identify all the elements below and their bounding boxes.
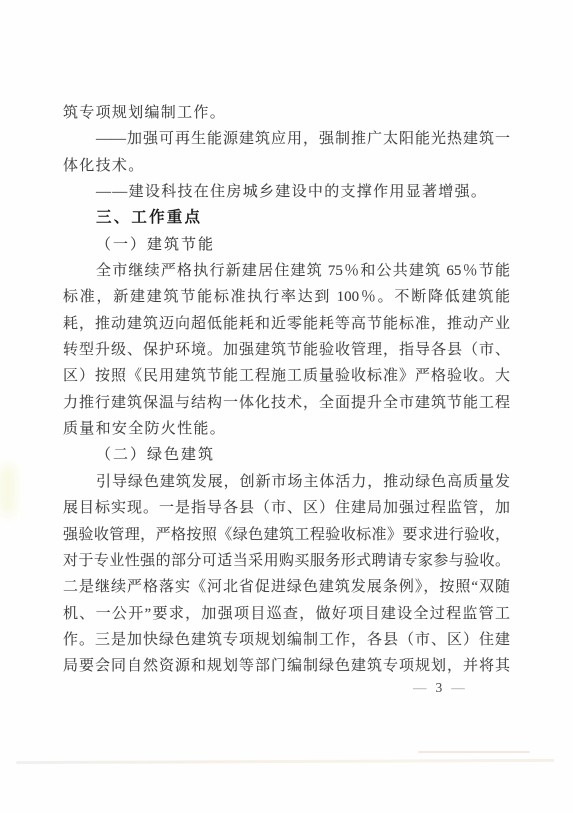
scanned-document-page: 筑专项规划编制工作。——加强可再生能源建筑应用，强制推广太阳能光热建筑一体化技术… (0, 0, 573, 813)
text-line: 局要会同自然资源和规划等部门编制绿色建筑专项规划，并将其 (63, 653, 510, 679)
text-line: 质量和安全防火性能。 (63, 416, 510, 442)
text-line: 二是继续严格落实《河北省促进绿色建筑发展条例》，按照“双随 (63, 574, 510, 600)
text-line: ——建设科技在住房城乡建设中的支撑作用显著增强。 (63, 179, 510, 205)
text-line: （一）建筑节能 (63, 232, 510, 258)
text-line: 标准，新建建筑节能标准执行率达到 100％。不断降低建筑能 (63, 284, 510, 310)
text-line: 区）按照《民用建筑节能工程施工质量验收标准》严格验收。大 (63, 363, 510, 389)
page-number-dash: — (413, 680, 427, 695)
text-line: 体化技术。 (63, 153, 510, 179)
page-number-value: 3 (436, 680, 443, 695)
page-number: —3— (413, 680, 465, 696)
text-line: 引导绿色建筑发展，创新市场主体活力，推动绿色高质量发 (63, 469, 510, 495)
document-text-block: 筑专项规划编制工作。——加强可再生能源建筑应用，强制推广太阳能光热建筑一体化技术… (63, 100, 510, 680)
text-line: 转型升级、保护环境。加强建筑节能验收管理，指导各县（市、 (63, 337, 510, 363)
text-line: 全市继续严格执行新建居住建筑 75％和公共建筑 65％节能 (63, 258, 510, 284)
scan-artifact-line (16, 759, 554, 764)
text-line: 对于专业性强的部分可适当采用购买服务形式聘请专家参与验收。 (63, 548, 510, 574)
text-line: （二）绿色建筑 (63, 442, 510, 468)
text-line: 筑专项规划编制工作。 (63, 100, 510, 126)
text-line: 耗，推动建筑迈向超低能耗和近零能耗等高节能标准，推动产业 (63, 311, 510, 337)
text-line: 展目标实现。一是指导各县（市、区）住建局加强过程监管，加 (63, 495, 510, 521)
text-line: 三、工作重点 (63, 205, 510, 231)
scan-smudge (1, 466, 14, 514)
text-line: 力推行建筑保温与结构一体化技术，全面提升全市建筑节能工程 (63, 390, 510, 416)
text-line: 作。三是加快绿色建筑专项规划编制工作，各县（市、区）住建 (63, 627, 510, 653)
text-line: 强验收管理，严格按照《绿色建筑工程验收标准》要求进行验收， (63, 522, 510, 548)
page-number-dash: — (451, 680, 465, 695)
scan-artifact-line (418, 751, 530, 753)
text-line: ——加强可再生能源建筑应用，强制推广太阳能光热建筑一 (63, 126, 510, 152)
text-line: 机、一公开”要求，加强项目巡查，做好项目建设全过程监管工 (63, 601, 510, 627)
